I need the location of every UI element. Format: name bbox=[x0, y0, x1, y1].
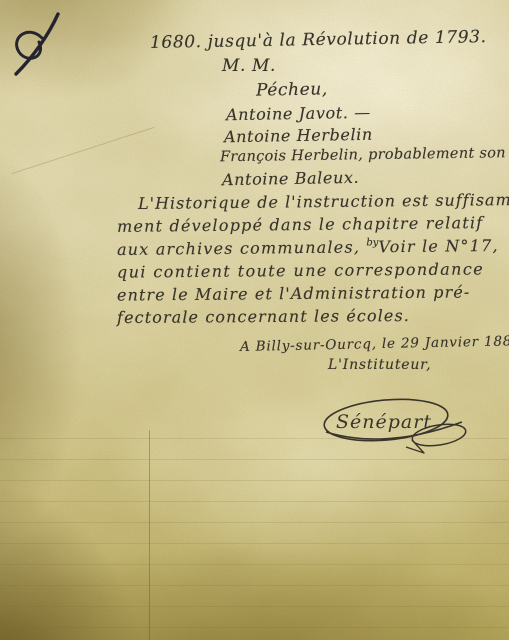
scanned-letter-page: 1680. jusqu'à la Révolution de 1793. M. … bbox=[0, 0, 509, 640]
body-line: L'Historique de l'instruction est suffis… bbox=[138, 190, 509, 213]
name-line: François Herbelin, probablement son fils… bbox=[220, 145, 509, 165]
body-line-text: Voir le N°17, bbox=[378, 236, 498, 256]
corner-x-mark-icon bbox=[6, 8, 68, 80]
body-line: fectorale concernant les écoles. bbox=[117, 306, 410, 327]
name-line: Antoine Javot. — bbox=[226, 103, 371, 125]
name-line: Antoine Herbelin bbox=[224, 125, 373, 147]
body-line: qui contient toute une correspondance bbox=[117, 259, 484, 281]
body-line-text: aux archives communales, bbox=[117, 237, 367, 259]
handwriting-layer: 1680. jusqu'à la Révolution de 1793. M. … bbox=[0, 0, 509, 640]
dateline: A Billy-sur-Ourcq, le 29 Janvier 1884. bbox=[240, 333, 509, 355]
body-line: ment développé dans le chapitre relatif bbox=[117, 213, 484, 236]
body-line: aux archives communales, byVoir le N°17, bbox=[117, 236, 499, 259]
signer-title: L'Instituteur, bbox=[328, 357, 431, 373]
body-line: entre le Maire et l'Administration pré- bbox=[117, 282, 471, 304]
heading-line: 1680. jusqu'à la Révolution de 1793. bbox=[150, 27, 487, 53]
name-line: Antoine Baleux. bbox=[222, 168, 360, 189]
name-line: Pécheu, bbox=[256, 79, 328, 100]
signature-flourish: Sénépart bbox=[320, 392, 470, 454]
signature-name: Sénépart bbox=[336, 411, 432, 433]
insertion-mark: by bbox=[366, 237, 378, 248]
salutation: M. M. bbox=[222, 56, 276, 76]
